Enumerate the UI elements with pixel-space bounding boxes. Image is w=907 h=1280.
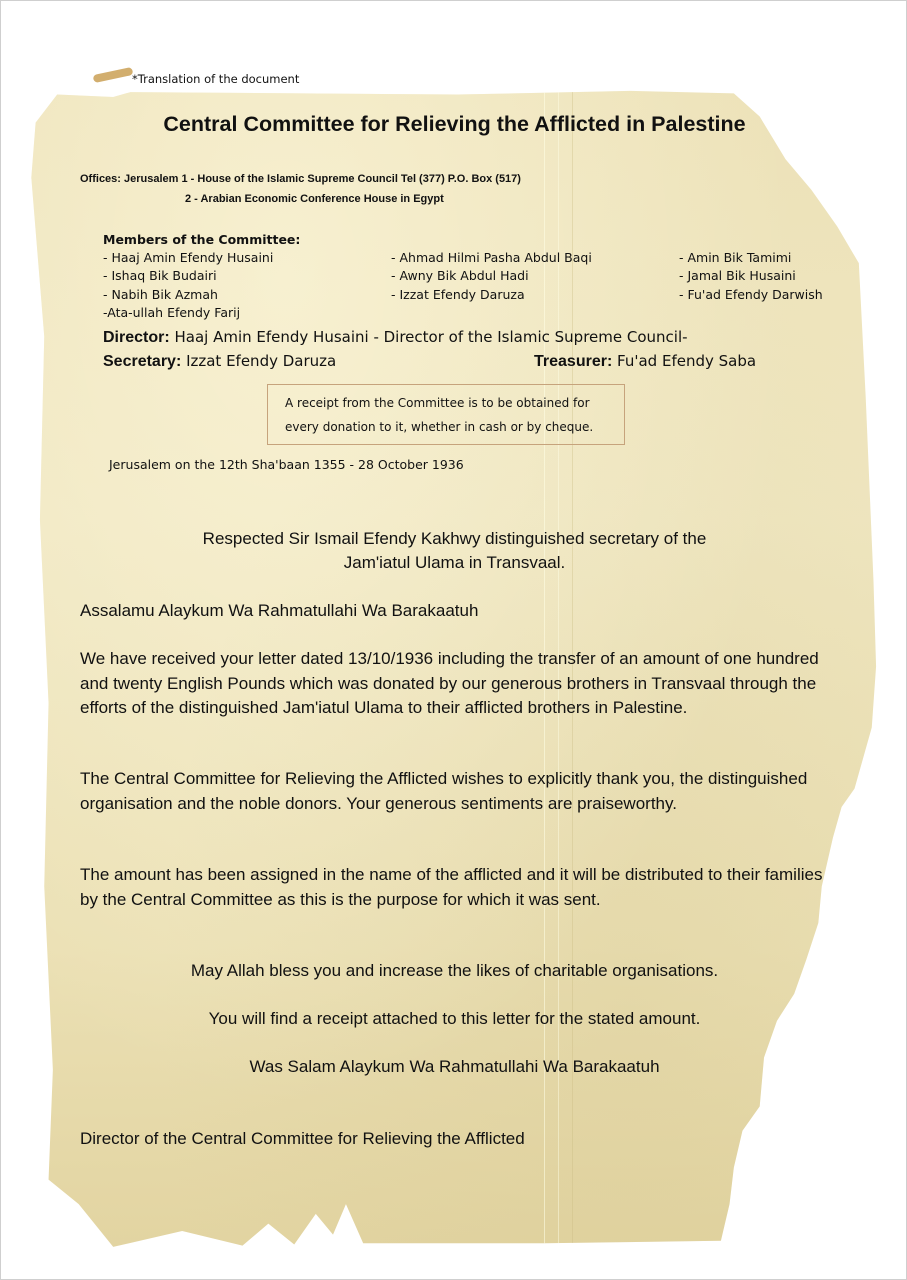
member-name: - Izzat Efendy Daruza <box>391 286 592 304</box>
members-column-3: - Amin Bik Tamimi - Jamal Bik Husaini - … <box>679 249 823 304</box>
member-name: - Awny Bik Abdul Hadi <box>391 267 592 285</box>
treasurer-label: Treasurer: <box>534 353 612 370</box>
translation-note: *Translation of the document <box>132 72 299 86</box>
member-name: - Haaj Amin Efendy Husaini <box>103 249 273 267</box>
offices-line-1: Offices: Jerusalem 1 - House of the Isla… <box>80 173 521 185</box>
member-name: - Nabih Bik Azmah <box>103 286 273 304</box>
secretary-label: Secretary: <box>103 353 181 370</box>
receipt-notice-line-1: A receipt from the Committee is to be ob… <box>285 391 624 415</box>
treasurer-line: Treasurer: Fu'ad Efendy Saba <box>534 352 756 371</box>
addressee-line-2: Jam'iatul Ulama in Transvaal. <box>1 551 907 576</box>
body-paragraph-3: The amount has been assigned in the name… <box>80 863 840 912</box>
member-name: - Ishaq Bik Budairi <box>103 267 273 285</box>
members-column-1: - Haaj Amin Efendy Husaini - Ishaq Bik B… <box>103 249 273 322</box>
member-name: - Ahmad Hilmi Pasha Abdul Baqi <box>391 249 592 267</box>
members-column-2: - Ahmad Hilmi Pasha Abdul Baqi - Awny Bi… <box>391 249 592 304</box>
offices-line-2: 2 - Arabian Economic Conference House in… <box>185 193 444 205</box>
signature-line: Director of the Central Committee for Re… <box>80 1127 525 1152</box>
date-line: Jerusalem on the 12th Sha'baan 1355 - 28… <box>109 457 464 472</box>
director-label: Director: <box>103 329 170 346</box>
closing-salutation: Was Salam Alaykum Wa Rahmatullahi Wa Bar… <box>1 1055 907 1080</box>
addressee-line-1: Respected Sir Ismail Efendy Kakhwy disti… <box>1 527 907 552</box>
secretary-line: Secretary: Izzat Efendy Daruza <box>103 352 336 371</box>
members-heading: Members of the Committee: <box>103 232 300 247</box>
member-name: - Jamal Bik Husaini <box>679 267 823 285</box>
member-name: - Fu'ad Efendy Darwish <box>679 286 823 304</box>
receipt-notice-box: A receipt from the Committee is to be ob… <box>267 384 625 445</box>
treasurer-value: Fu'ad Efendy Saba <box>617 352 756 370</box>
receipt-notice-line-2: every donation to it, whether in cash or… <box>285 415 624 439</box>
member-name: - Amin Bik Tamimi <box>679 249 823 267</box>
body-paragraph-2: The Central Committee for Relieving the … <box>80 767 840 816</box>
member-name: -Ata-ullah Efendy Farij <box>103 304 273 322</box>
director-line: Director: Haaj Amin Efendy Husaini - Dir… <box>103 328 688 347</box>
letter-document: *Translation of the document Central Com… <box>1 1 907 1280</box>
secretary-value: Izzat Efendy Daruza <box>186 352 336 370</box>
body-paragraph-1: We have received your letter dated 13/10… <box>80 647 840 721</box>
blessing-line: May Allah bless you and increase the lik… <box>1 959 907 984</box>
director-value: Haaj Amin Efendy Husaini - Director of t… <box>174 328 687 346</box>
greeting: Assalamu Alaykum Wa Rahmatullahi Wa Bara… <box>80 599 478 624</box>
paper-tear-mark <box>93 67 134 83</box>
receipt-attached-line: You will find a receipt attached to this… <box>1 1007 907 1032</box>
letterhead-title: Central Committee for Relieving the Affl… <box>1 112 907 137</box>
